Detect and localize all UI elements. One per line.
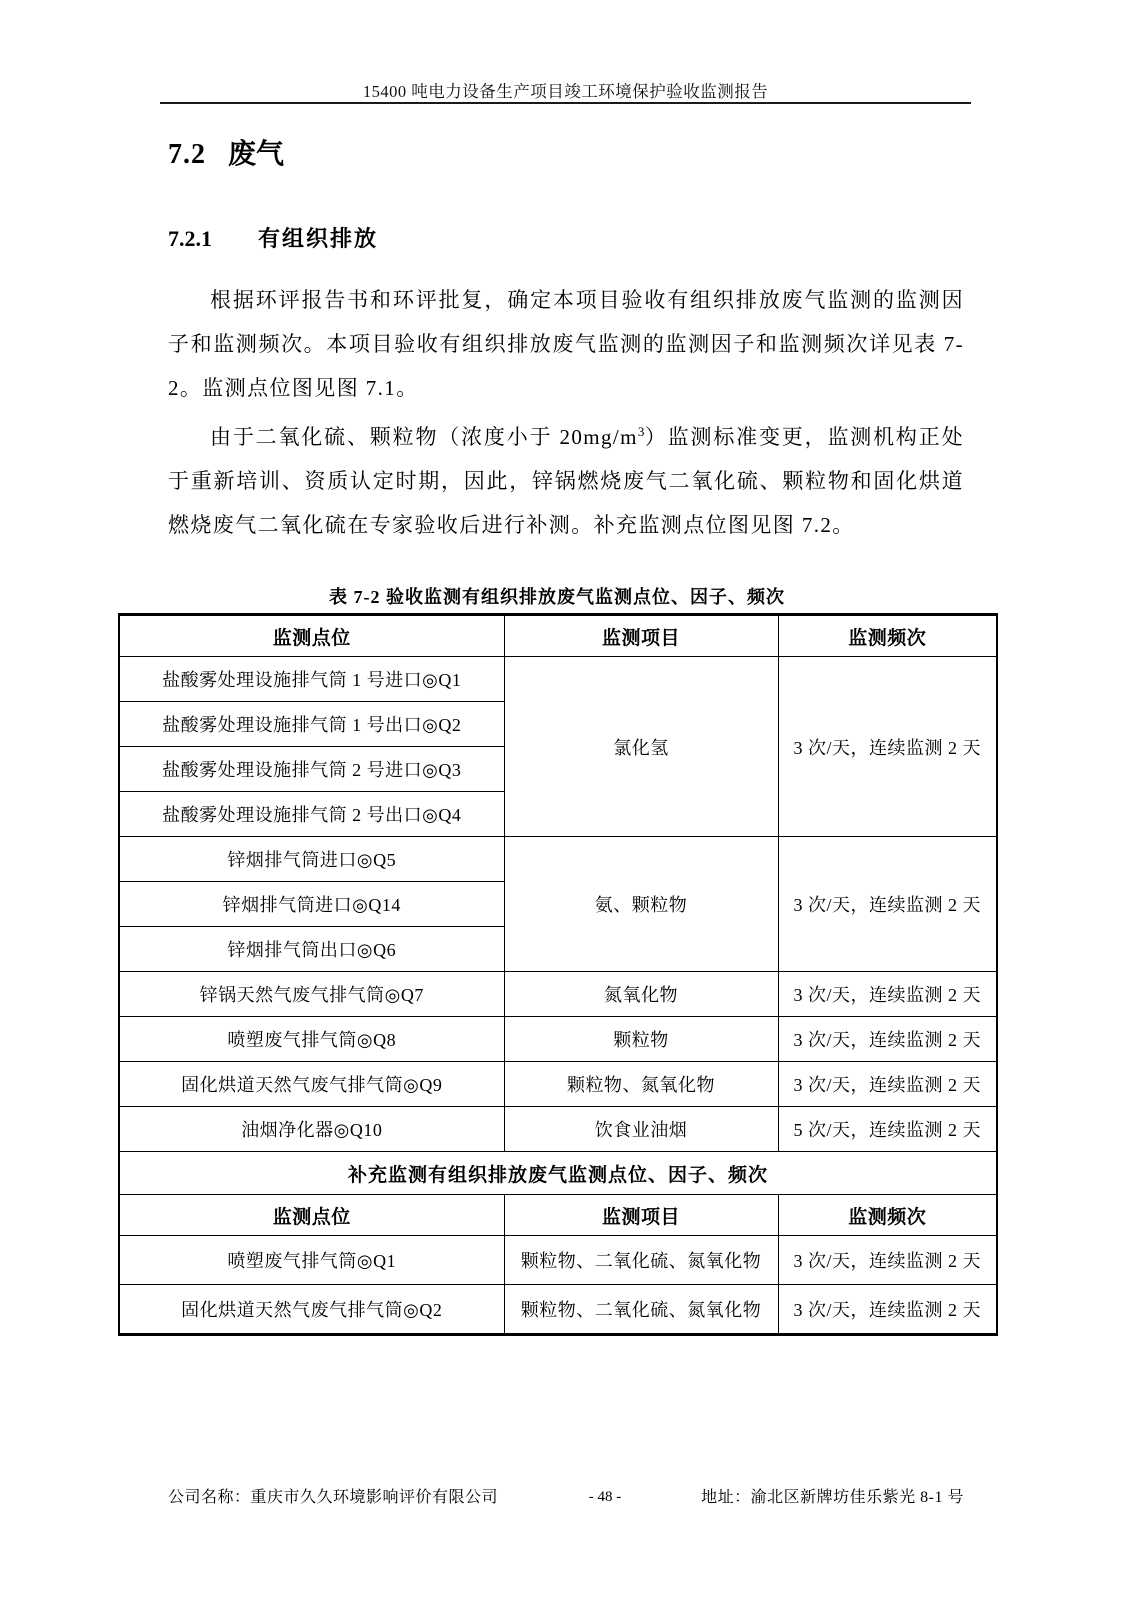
point-cell: 锌烟排气筒进口◎Q5 bbox=[119, 837, 504, 882]
page-number: - 48 - bbox=[560, 1489, 650, 1506]
table-row: 固化烘道天然气废气排气筒◎Q9 颗粒物、氮氧化物 3 次/天，连续监测 2 天 bbox=[119, 1062, 997, 1107]
section-number: 7.2 bbox=[168, 139, 206, 170]
table-header-row: 监测点位 监测项目 监测频次 bbox=[119, 615, 997, 657]
footer-address: 地址：渝北区新牌坊佳乐紫光 8-1 号 bbox=[701, 1484, 964, 1507]
freq-cell: 3 次/天，连续监测 2 天 bbox=[778, 1285, 997, 1335]
header-cell-point: 监测点位 bbox=[119, 1195, 504, 1236]
section-title: 废气 bbox=[228, 139, 284, 170]
freq-cell: 3 次/天，连续监测 2 天 bbox=[778, 972, 997, 1017]
point-cell: 盐酸雾处理设施排气筒 1 号出口◎Q2 bbox=[119, 702, 504, 747]
page-header-title: 15400 吨电力设备生产项目竣工环境保护验收监测报告 bbox=[0, 78, 1131, 102]
point-cell: 锌锅天然气废气排气筒◎Q7 bbox=[119, 972, 504, 1017]
freq-cell: 3 次/天，连续监测 2 天 bbox=[778, 1236, 997, 1285]
subsection-heading: 7.2.1有组织排放 bbox=[168, 222, 378, 253]
header-cell-item: 监测项目 bbox=[504, 1195, 778, 1236]
header-cell-item: 监测项目 bbox=[504, 615, 778, 657]
item-cell: 颗粒物、二氧化硫、氮氧化物 bbox=[504, 1285, 778, 1335]
subsection-number: 7.2.1 bbox=[168, 226, 212, 251]
body-text: 根据环评报告书和环评批复，确定本项目验收有组织排放废气监测的监测因子和监测频次。… bbox=[168, 278, 964, 547]
point-cell: 喷塑废气排气筒◎Q8 bbox=[119, 1017, 504, 1062]
supplement-section-row: 补充监测有组织排放废气监测点位、因子、频次 bbox=[119, 1152, 997, 1195]
point-cell: 锌烟排气筒出口◎Q6 bbox=[119, 927, 504, 972]
document-page: 15400 吨电力设备生产项目竣工环境保护验收监测报告 7.2废气 7.2.1有… bbox=[0, 0, 1131, 1600]
subsection-title: 有组织排放 bbox=[258, 226, 378, 251]
table-row: 油烟净化器◎Q10 饮食业油烟 5 次/天，连续监测 2 天 bbox=[119, 1107, 997, 1152]
supplement-header-row: 监测点位 监测项目 监测频次 bbox=[119, 1195, 997, 1236]
item-cell: 氮氧化物 bbox=[504, 972, 778, 1017]
item-cell: 颗粒物 bbox=[504, 1017, 778, 1062]
point-cell: 锌烟排气筒进口◎Q14 bbox=[119, 882, 504, 927]
point-cell: 盐酸雾处理设施排气筒 1 号进口◎Q1 bbox=[119, 657, 504, 702]
header-cell-freq: 监测频次 bbox=[778, 615, 997, 657]
item-cell: 颗粒物、氮氧化物 bbox=[504, 1062, 778, 1107]
table-row: 固化烘道天然气废气排气筒◎Q2 颗粒物、二氧化硫、氮氧化物 3 次/天，连续监测… bbox=[119, 1285, 997, 1335]
header-cell-point: 监测点位 bbox=[119, 615, 504, 657]
point-cell: 盐酸雾处理设施排气筒 2 号进口◎Q3 bbox=[119, 747, 504, 792]
supplement-section-title: 补充监测有组织排放废气监测点位、因子、频次 bbox=[119, 1152, 997, 1195]
point-cell: 盐酸雾处理设施排气筒 2 号出口◎Q4 bbox=[119, 792, 504, 837]
item-cell: 氯化氢 bbox=[504, 657, 778, 837]
section-heading: 7.2废气 bbox=[168, 132, 284, 172]
table-row: 锌锅天然气废气排气筒◎Q7 氮氧化物 3 次/天，连续监测 2 天 bbox=[119, 972, 997, 1017]
table-row: 盐酸雾处理设施排气筒 1 号进口◎Q1 氯化氢 3 次/天，连续监测 2 天 bbox=[119, 657, 997, 702]
item-cell: 饮食业油烟 bbox=[504, 1107, 778, 1152]
header-rule bbox=[160, 102, 971, 104]
point-cell: 喷塑废气排气筒◎Q1 bbox=[119, 1236, 504, 1285]
point-cell: 固化烘道天然气废气排气筒◎Q2 bbox=[119, 1285, 504, 1335]
paragraph-2: 由于二氧化硫、颗粒物（浓度小于 20mg/m3）监测标准变更，监测机构正处于重新… bbox=[168, 410, 964, 547]
paragraph-1: 根据环评报告书和环评批复，确定本项目验收有组织排放废气监测的监测因子和监测频次。… bbox=[168, 278, 964, 410]
point-cell: 油烟净化器◎Q10 bbox=[119, 1107, 504, 1152]
item-cell: 氨、颗粒物 bbox=[504, 837, 778, 972]
freq-cell: 3 次/天，连续监测 2 天 bbox=[778, 1017, 997, 1062]
point-cell: 固化烘道天然气废气排气筒◎Q9 bbox=[119, 1062, 504, 1107]
item-cell: 颗粒物、二氧化硫、氮氧化物 bbox=[504, 1236, 778, 1285]
freq-cell: 3 次/天，连续监测 2 天 bbox=[778, 1062, 997, 1107]
table-caption: 表 7-2 验收监测有组织排放废气监测点位、因子、频次 bbox=[118, 583, 996, 609]
header-cell-freq: 监测频次 bbox=[778, 1195, 997, 1236]
footer-company: 公司名称：重庆市久久环境影响评价有限公司 bbox=[168, 1484, 498, 1507]
freq-cell: 5 次/天，连续监测 2 天 bbox=[778, 1107, 997, 1152]
freq-cell: 3 次/天，连续监测 2 天 bbox=[778, 837, 997, 972]
table-row: 喷塑废气排气筒◎Q1 颗粒物、二氧化硫、氮氧化物 3 次/天，连续监测 2 天 bbox=[119, 1236, 997, 1285]
freq-cell: 3 次/天，连续监测 2 天 bbox=[778, 657, 997, 837]
monitoring-table: 监测点位 监测项目 监测频次 盐酸雾处理设施排气筒 1 号进口◎Q1 氯化氢 3… bbox=[118, 613, 998, 1336]
table-row: 喷塑废气排气筒◎Q8 颗粒物 3 次/天，连续监测 2 天 bbox=[119, 1017, 997, 1062]
table-row: 锌烟排气筒进口◎Q5 氨、颗粒物 3 次/天，连续监测 2 天 bbox=[119, 837, 997, 882]
